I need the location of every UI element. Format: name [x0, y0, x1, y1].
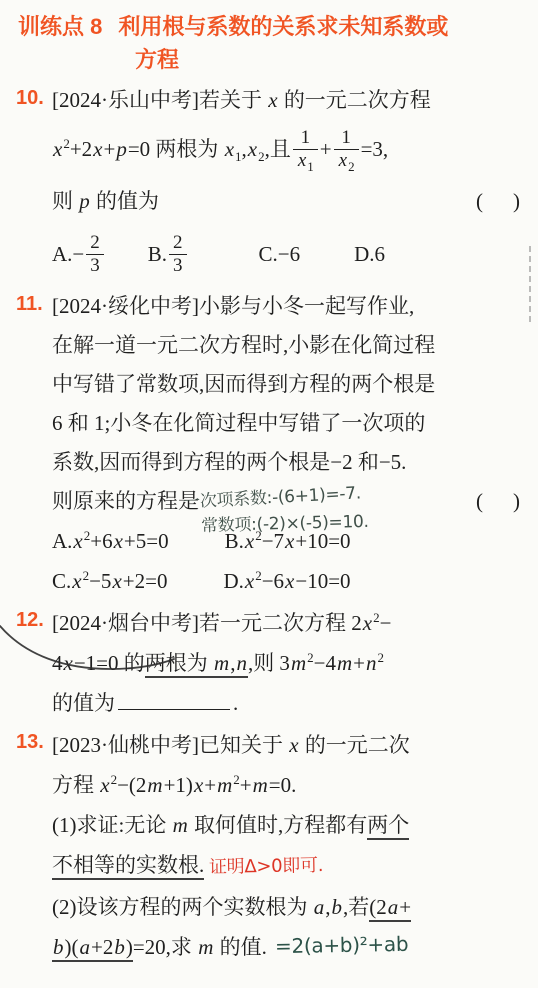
- text-run: −: [380, 611, 392, 635]
- math-var: m: [213, 651, 230, 678]
- math-var: m: [336, 651, 353, 675]
- problem-13-line-2: 方程 x2−(2m+1)x+m2+m=0.: [52, 765, 526, 805]
- text-run: +1): [164, 773, 193, 797]
- text-run: 的值为: [91, 189, 159, 213]
- text-run: −6: [262, 569, 284, 593]
- handwritten-note-red: 证明Δ>0即可.: [209, 846, 324, 888]
- text-run: +2: [70, 137, 92, 161]
- text-run: 的值为: [52, 691, 115, 715]
- handwritten-note-green: =2(a+b)²+ab: [275, 924, 409, 966]
- text-run: C.−6: [259, 242, 301, 266]
- text-run: 方程: [52, 773, 99, 797]
- pencil-curve-annotation: [0, 612, 200, 682]
- problem-10-line-2: x2+2x+p=0 两根为 x1,x2,且1x1+1x2=3,: [52, 119, 526, 179]
- text-run: +: [104, 137, 116, 161]
- text-run: D.6: [354, 242, 385, 266]
- text-run: +5=0: [124, 529, 169, 553]
- text-run: D.: [223, 569, 243, 593]
- text-run: B.: [148, 242, 167, 266]
- text-run: .: [233, 691, 238, 715]
- text-run: (2)设该方程的两个实数根为: [52, 895, 313, 919]
- section-header: 训练点 8 利用根与系数的关系求未知系数或 方程: [0, 0, 538, 78]
- text-run: ,若: [343, 895, 369, 919]
- problem-13-line-1: [2023·仙桃中考]已知关于 x 的一元二次: [52, 725, 526, 765]
- problem-11-line-1: [2024·绥化中考]小影与小冬一起写作业,: [52, 287, 526, 326]
- problem-11-line-5: 系数,因而得到方程的两个根是−2 和−5.: [52, 443, 526, 482]
- text-run: +6: [90, 529, 112, 553]
- text-run: ,则 3: [248, 651, 290, 675]
- subscript: 1: [307, 158, 314, 173]
- math-var: b: [113, 935, 126, 962]
- math-var: x: [338, 150, 348, 171]
- math-var: x: [193, 773, 204, 797]
- workbook-page: 训练点 8 利用根与系数的关系求未知系数或 方程 10.[2024·乐山中考]若…: [0, 0, 538, 988]
- section-title: 利用根与系数的关系求未知系数或: [118, 10, 448, 43]
- fraction: 1x1: [293, 127, 318, 171]
- math-var: x: [52, 137, 63, 161]
- problem-number: 13.: [16, 731, 44, 754]
- math-var: x: [71, 569, 82, 593]
- text-run: −(2: [117, 773, 146, 797]
- answer-blank: [118, 695, 230, 710]
- text-run: +: [353, 651, 365, 675]
- math-var: m: [146, 773, 163, 797]
- text-run: −10=0: [295, 569, 350, 593]
- problem-10-line-3: ()则 p 的值为: [52, 179, 526, 223]
- math-var: x: [297, 150, 307, 171]
- text-run: ): [126, 935, 133, 962]
- text-run: −4: [314, 651, 336, 675]
- problem-10: 10.[2024·乐山中考]若关于 x 的一元二次方程x2+2x+p=0 两根为…: [0, 81, 538, 285]
- fraction-numerator: 1: [337, 127, 355, 148]
- fraction-denominator: 3: [86, 254, 104, 276]
- fraction: 23: [169, 232, 187, 276]
- math-var: x: [284, 569, 295, 593]
- math-var: m: [290, 651, 307, 675]
- math-var: x: [362, 611, 373, 635]
- math-var: b: [331, 895, 344, 919]
- text-run: 系数,因而得到方程的两个根是−2 和−5.: [52, 450, 406, 474]
- text-run: +: [399, 895, 411, 922]
- math-var: a: [387, 895, 400, 922]
- paren-close-icon: ): [513, 489, 520, 513]
- text-run: −5: [89, 569, 111, 593]
- text-run: +: [204, 773, 216, 797]
- problem-11: 11.[2024·绥化中考]小影与小冬一起写作业,在解一道一元二次方程时,小影在…: [0, 287, 538, 601]
- text-run: =0 两根为: [128, 137, 224, 161]
- text-run: [2024·绥化中考]小影与小冬一起写作业,: [52, 294, 414, 318]
- math-var: x: [111, 569, 122, 593]
- math-var: n: [365, 651, 378, 675]
- text-run: 在解一道一元二次方程时,小影在化简过程: [52, 333, 435, 357]
- text-run: +2: [91, 935, 113, 962]
- text-run: 不相等的实数根.: [52, 853, 204, 880]
- text-run: [2023·仙桃中考]已知关于: [52, 733, 288, 757]
- text-run: (1)求证:无论: [52, 813, 172, 837]
- math-var: m: [216, 773, 233, 797]
- handwritten-note-const-term: 常数项:(-2)×(-5)=10.: [201, 507, 369, 536]
- problem-12-line-3: 的值为.: [52, 683, 526, 723]
- text-run: +2=0: [123, 569, 168, 593]
- text-run: (2: [369, 895, 387, 922]
- text-run: =20,求: [133, 935, 197, 959]
- text-run: C.: [52, 569, 71, 593]
- math-var: x: [267, 88, 278, 112]
- margin-dashed-line: [529, 246, 531, 322]
- text-run: +: [320, 137, 332, 161]
- math-var: m: [197, 935, 214, 959]
- math-var: m: [252, 773, 269, 797]
- problem-11-line-4: 6 和 1;小冬在化简过程中写错了一次项的: [52, 404, 526, 443]
- fraction-numerator: 1: [297, 127, 315, 148]
- math-var: a: [79, 935, 92, 962]
- text-run: 的一元二次方程: [279, 88, 431, 112]
- math-var: x: [247, 137, 258, 161]
- math-var: p: [115, 137, 128, 161]
- fraction-denominator: x1: [293, 149, 318, 171]
- text-run: A.: [52, 529, 72, 553]
- fraction-denominator: x2: [334, 149, 359, 171]
- text-run: 则: [52, 189, 78, 213]
- section-header-line1: 训练点 8 利用根与系数的关系求未知系数或: [18, 10, 526, 43]
- fraction: 1x2: [334, 127, 359, 171]
- math-var: x: [244, 569, 255, 593]
- problem-13-line-3: (1)求证:无论 m 取何值时,方程都有两个: [52, 805, 526, 845]
- problem-13-line-5: (2)设该方程的两个实数根为 a,b,若(2a+: [52, 887, 526, 927]
- section-tag: 训练点 8: [18, 10, 102, 43]
- problem-13: 13.[2023·仙桃中考]已知关于 x 的一元二次方程 x2−(2m+1)x+…: [0, 725, 538, 967]
- paren-close-icon: ): [513, 189, 520, 213]
- problem-number: 11.: [16, 293, 43, 316]
- math-var: x: [113, 529, 124, 553]
- section-title-continuation: 方程: [135, 43, 526, 76]
- problem-11-line-8: C.x2−5x+2=0D.x2−6x−10=0: [52, 561, 526, 601]
- text-run: ,: [242, 137, 247, 161]
- fraction-denominator: 3: [169, 254, 187, 276]
- problem-number: 10.: [16, 87, 44, 110]
- answer-bracket: (): [476, 179, 520, 223]
- text-run: =0.: [269, 773, 297, 797]
- text-run: 6 和 1;小冬在化简过程中写错了一次项的: [52, 411, 425, 435]
- math-var: a: [313, 895, 326, 919]
- text-run: ,: [325, 895, 330, 919]
- math-var: b: [52, 935, 65, 962]
- text-run: [2024·乐山中考]若关于: [52, 88, 267, 112]
- text-run: 则原来的方程是: [52, 489, 199, 513]
- math-var: p: [78, 189, 91, 213]
- math-var: x: [72, 529, 83, 553]
- problem-10-line-1: [2024·乐山中考]若关于 x 的一元二次方程: [52, 81, 526, 119]
- problem-11-line-2: 在解一道一元二次方程时,小影在化简过程: [52, 326, 526, 365]
- text-run: 的值.: [214, 935, 267, 959]
- answer-bracket: (): [476, 482, 520, 521]
- text-run: 两个: [367, 813, 409, 840]
- math-var: x: [224, 137, 235, 161]
- text-run: +: [240, 773, 252, 797]
- text-run: A.−: [52, 242, 84, 266]
- fraction-numerator: 2: [86, 232, 104, 253]
- paren-open-icon: (: [476, 189, 483, 213]
- text-run: 取何值时,方程都有: [189, 813, 368, 837]
- problem-13-line-6: b)(a+2b)=20,求 m 的值.=2(a+b)²+ab: [52, 927, 526, 967]
- superscript: 2: [377, 650, 384, 665]
- fraction: 23: [86, 232, 104, 276]
- text-run: =3,: [361, 137, 389, 161]
- problem-11-line-3: 中写错了常数项,因而得到方程的两个根是: [52, 365, 526, 404]
- text-run: 中写错了常数项,因而得到方程的两个根是: [52, 372, 435, 396]
- paren-open-icon: (: [476, 489, 483, 513]
- math-var: x: [92, 137, 103, 161]
- math-var: x: [99, 773, 110, 797]
- text-run: )(: [65, 935, 79, 962]
- text-run: ,且: [265, 137, 291, 161]
- problem-10-line-4: A.−23B.23C.−6D.6: [52, 223, 526, 285]
- math-var: m: [172, 813, 189, 837]
- subscript: 2: [348, 158, 355, 173]
- fraction-numerator: 2: [169, 232, 187, 253]
- math-var: x: [288, 733, 299, 757]
- math-var: n: [235, 651, 248, 678]
- problem-13-line-4: 不相等的实数根.证明Δ>0即可.: [52, 845, 526, 887]
- text-run: 的一元二次: [300, 733, 410, 757]
